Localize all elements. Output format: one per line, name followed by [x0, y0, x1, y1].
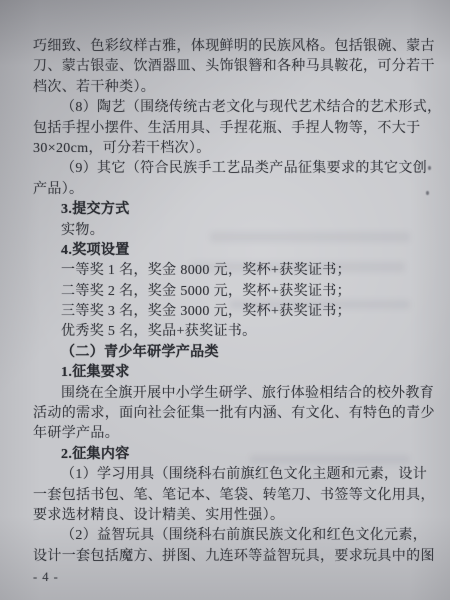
text-line: 要求选材精良、设计精美、实用性强）。 [33, 506, 424, 526]
text-line-item-1-learning-tools: （1）学习用具（围绕科右前旗红色文化主题和元素，设计 [33, 465, 424, 485]
heading-collection-requirements: 1.征集要求 [33, 363, 424, 383]
text-line: 30×20cm，可分若干档次）。 [33, 139, 424, 159]
heading-award-settings: 4.奖项设置 [33, 241, 424, 261]
text-line: 包括手捏小摆件、生活用具、手捏花瓶、手捏人物等，不大于 [33, 119, 424, 139]
text-line: 档次、若干种类）。 [33, 78, 424, 98]
text-line-second-prize: 二等奖 2 名，奖金 5000 元，奖杯+获奖证书； [33, 282, 424, 302]
text-line-first-prize: 一等奖 1 名，奖金 8000 元，奖杯+获奖证书； [33, 261, 424, 281]
text-line: 实物。 [33, 221, 424, 241]
text-line: 巧细致、色彩纹样古雅，体现鲜明的民族风格。包括银碗、蒙古 [33, 37, 424, 57]
page-number: - 4 - [33, 570, 424, 585]
scanned-document-page: 巧细致、色彩纹样古雅，体现鲜明的民族风格。包括银碗、蒙古 刀、蒙古银壶、饮酒器皿… [0, 0, 450, 600]
text-line-third-prize: 三等奖 3 名，奖金 3000 元，奖杯+获奖证书； [33, 302, 424, 322]
text-line: 刀、蒙古银壶、饮酒器皿、头饰银簪和各种马具鞍花，可分若干 [33, 57, 424, 77]
heading-submission-method: 3.提交方式 [33, 200, 424, 220]
text-line: 年研学产品。 [33, 424, 424, 444]
text-line: 围绕在全旗开展中小学生研学、旅行体验相结合的校外教育 [33, 384, 424, 404]
heading-section-2-youth-study-products: （二）青少年研学产品类 [33, 343, 424, 363]
text-line-item-8-pottery: （8）陶艺（围绕传统古老文化与现代艺术结合的艺术形式， [33, 98, 424, 118]
text-line: 一套包括书包、笔、笔记本、笔袋、转笔刀、书签等文化用具， [33, 486, 424, 506]
text-line-excellence-prize: 优秀奖 5 名，奖品+获奖证书。 [33, 322, 424, 342]
text-line: 设计一套包括魔方、拼图、九连环等益智玩具，要求玩具中的图 [33, 547, 424, 567]
text-line-item-9-others: （9）其它（符合民族手工艺品类产品征集要求的其它文创 [33, 159, 424, 179]
text-line: 产品）。 [33, 180, 424, 200]
heading-collection-content: 2.征集内容 [33, 445, 424, 465]
text-line-item-2-puzzle-toys: （2）益智玩具（围绕科右前旗民族文化和红色文化元素， [33, 526, 424, 546]
text-line: 活动的需求，面向社会征集一批有内涵、有文化、有特色的青少 [33, 404, 424, 424]
document-text-block: 巧细致、色彩纹样古雅，体现鲜明的民族风格。包括银碗、蒙古 刀、蒙古银壶、饮酒器皿… [0, 0, 450, 585]
